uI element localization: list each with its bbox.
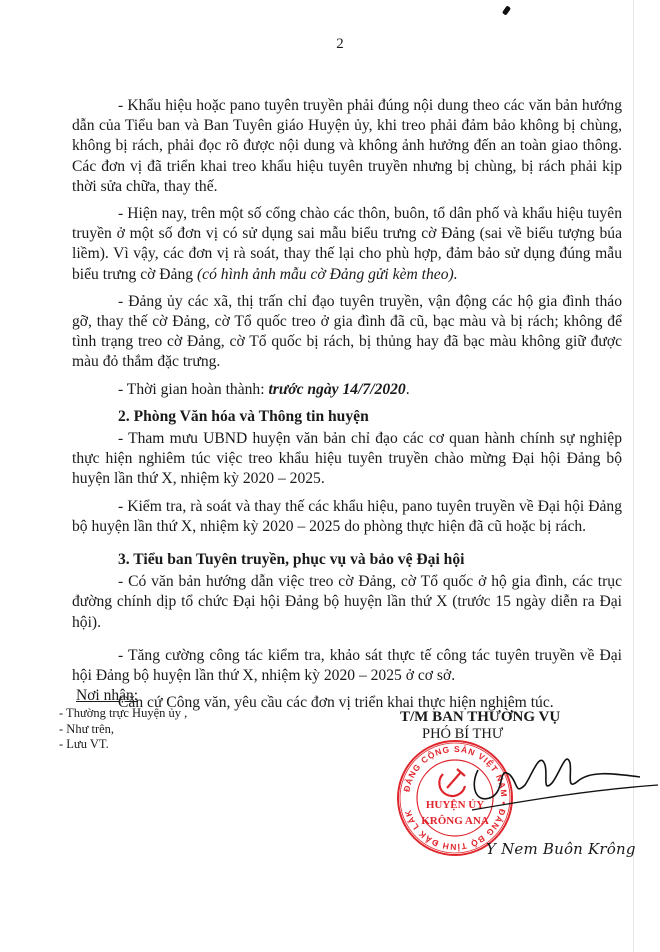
deadline-end: . [406, 381, 410, 398]
stamp-center-line2: KRÔNG ANA [421, 814, 489, 827]
recipient-item: - Lưu VT. [59, 737, 319, 753]
handwritten-signature-icon [470, 745, 660, 815]
recipient-item: - Thường trực Huyện ủy , [59, 706, 319, 722]
recipients-block: Nơi nhận: - Thường trực Huyện ủy , - Như… [59, 686, 319, 753]
paragraph-deadline: - Thời gian hoàn thành: trước ngày 14/7/… [72, 380, 622, 400]
attachment-note: (có hình ảnh mẫu cờ Đảng gửi kèm theo). [197, 266, 458, 283]
recipients-title: Nơi nhận: [76, 686, 319, 706]
section-3-heading: 3. Tiểu ban Tuyên truyền, phục vụ và bảo… [72, 550, 622, 570]
deadline-value: trước ngày 14/7/2020 [268, 381, 405, 398]
section-3-paragraph: - Tăng cường công tác kiểm tra, khảo sát… [72, 646, 622, 686]
section-3-paragraph: - Có văn bản hướng dẫn việc treo cờ Đảng… [72, 572, 622, 633]
signature-on-behalf: T/M BAN THƯỜNG VỤ [380, 708, 640, 726]
document-body: - Khẩu hiệu hoặc pano tuyên truyền phải … [72, 96, 622, 720]
paragraph-commune-party-committees: - Đảng ủy các xã, thị trấn chỉ đạo tuyên… [72, 292, 622, 373]
section-2-heading: 2. Phòng Văn hóa và Thông tin huyện [72, 407, 622, 427]
pen-mark [502, 5, 511, 15]
deadline-label: - Thời gian hoàn thành: [118, 381, 268, 398]
recipient-item: - Như trên, [59, 722, 319, 738]
page-number: 2 [0, 36, 660, 53]
paragraph-slogan-requirements: - Khẩu hiệu hoặc pano tuyên truyền phải … [72, 96, 622, 197]
signer-name: Y Nem Buôn Krông [486, 840, 636, 858]
hammer-sickle-icon [439, 769, 465, 796]
section-2-paragraph: - Tham mưu UBND huyện văn bản chỉ đạo cá… [72, 429, 622, 490]
section-2-paragraph: - Kiểm tra, rà soát và thay thế các khẩu… [72, 497, 622, 537]
paragraph-party-flag-emblem: - Hiện nay, trên một số cổng chào các th… [72, 204, 622, 285]
